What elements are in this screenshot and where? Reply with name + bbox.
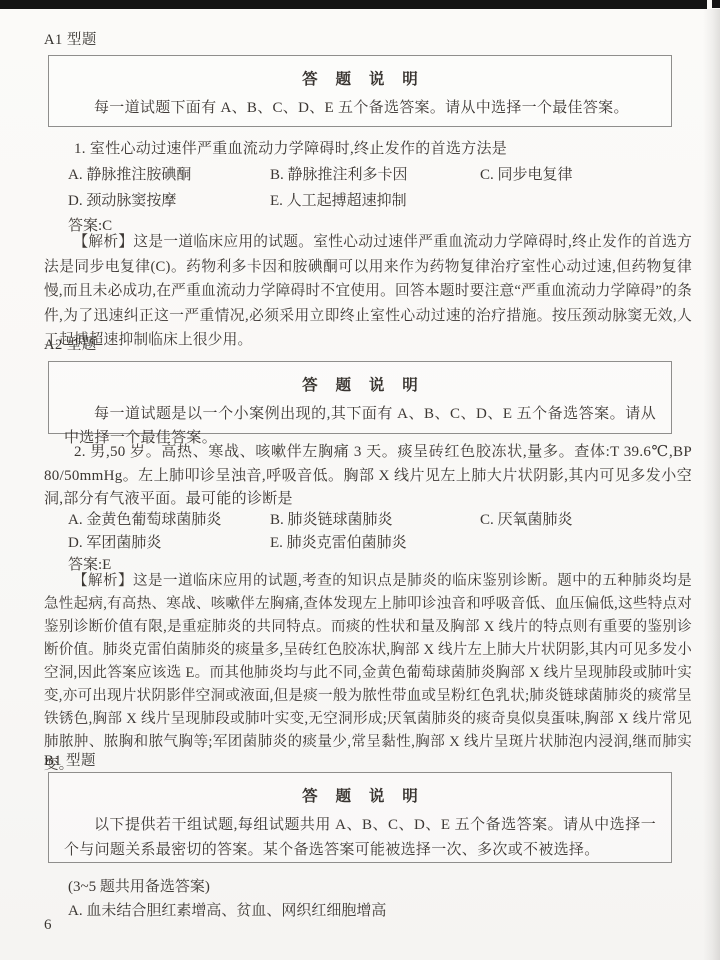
scan-top-edge-bar — [0, 0, 707, 9]
option-d: D. 颈动脉窦按摩 — [68, 189, 270, 210]
answer-instructions-box-a1: 答 题 说 明 每一道试题下面有 A、B、C、D、E 五个备选答案。请从中选择一… — [48, 55, 672, 127]
option-b: B. 静脉推注利多卡因 — [270, 163, 480, 184]
option-c: C. 厌氧菌肺炎 — [480, 512, 573, 528]
section-heading-a2: A2 型题 — [44, 333, 692, 354]
section-heading-b1: B1 型题 — [44, 749, 692, 770]
question-2-options-row-2: D. 军团菌肺炎E. 肺炎克雷伯菌肺炎 — [44, 531, 716, 552]
question-2-stem: 2. 男,50 岁。高热、寒战、咳嗽伴左胸痛 3 天。痰呈砖红色胶冻状,量多。查… — [44, 441, 692, 512]
answer-instructions-box-a2: 答 题 说 明 每一道试题是以一个小案例出现的,其下面有 A、B、C、D、E 五… — [48, 361, 672, 434]
answer-instructions-text: 每一道试题下面有 A、B、C、D、E 五个备选答案。请从中选择一个最佳答案。 — [49, 96, 671, 120]
scanned-exam-page: { "page": { "number": "6" }, "a1": { "he… — [0, 0, 720, 960]
option-c: C. 同步电复律 — [480, 167, 573, 183]
answer-instructions-title: 答 题 说 明 — [49, 373, 671, 395]
answer-instructions-text: 以下提供若干组试题,每组试题共用 A、B、C、D、E 五个备选答案。请从中选择一… — [49, 813, 671, 863]
page-number: 6 — [44, 917, 692, 934]
question-2-analysis: 【解析】这是一道临床应用的试题,考查的知识点是肺炎的临床鉴别诊断。题中的五种肺炎… — [44, 570, 692, 777]
scan-page-edge-shadow — [703, 9, 720, 960]
option-a: A. 金黄色葡萄球菌肺炎 — [68, 508, 270, 529]
option-b: B. 肺炎链球菌肺炎 — [270, 508, 480, 529]
question-1-stem: 1. 室性心动过速伴严重血流动力学障碍时,终止发作的首选方法是 — [44, 137, 692, 162]
answer-instructions-box-b1: 答 题 说 明 以下提供若干组试题,每组试题共用 A、B、C、D、E 五个备选答… — [48, 772, 672, 863]
shared-options-note: (3~5 题共用备选答案) — [44, 875, 716, 896]
option-e: E. 人工起搏超速抑制 — [270, 193, 407, 209]
option-a: A. 静脉推注胺碘酮 — [68, 163, 270, 184]
answer-instructions-title: 答 题 说 明 — [49, 784, 671, 806]
answer-instructions-title: 答 题 说 明 — [49, 67, 671, 89]
section-heading-a1: A1 型题 — [44, 28, 692, 49]
option-d: D. 军团菌肺炎 — [68, 531, 270, 552]
question-2-options-row-1: A. 金黄色葡萄球菌肺炎B. 肺炎链球菌肺炎C. 厌氧菌肺炎 — [44, 508, 716, 529]
question-1-options-row-2: D. 颈动脉窦按摩E. 人工起搏超速抑制 — [44, 189, 716, 210]
question-1-options-row-1: A. 静脉推注胺碘酮B. 静脉推注利多卡因C. 同步电复律 — [44, 163, 716, 184]
option-e: E. 肺炎克雷伯菌肺炎 — [270, 535, 407, 551]
scan-top-corner-mark — [712, 0, 720, 8]
